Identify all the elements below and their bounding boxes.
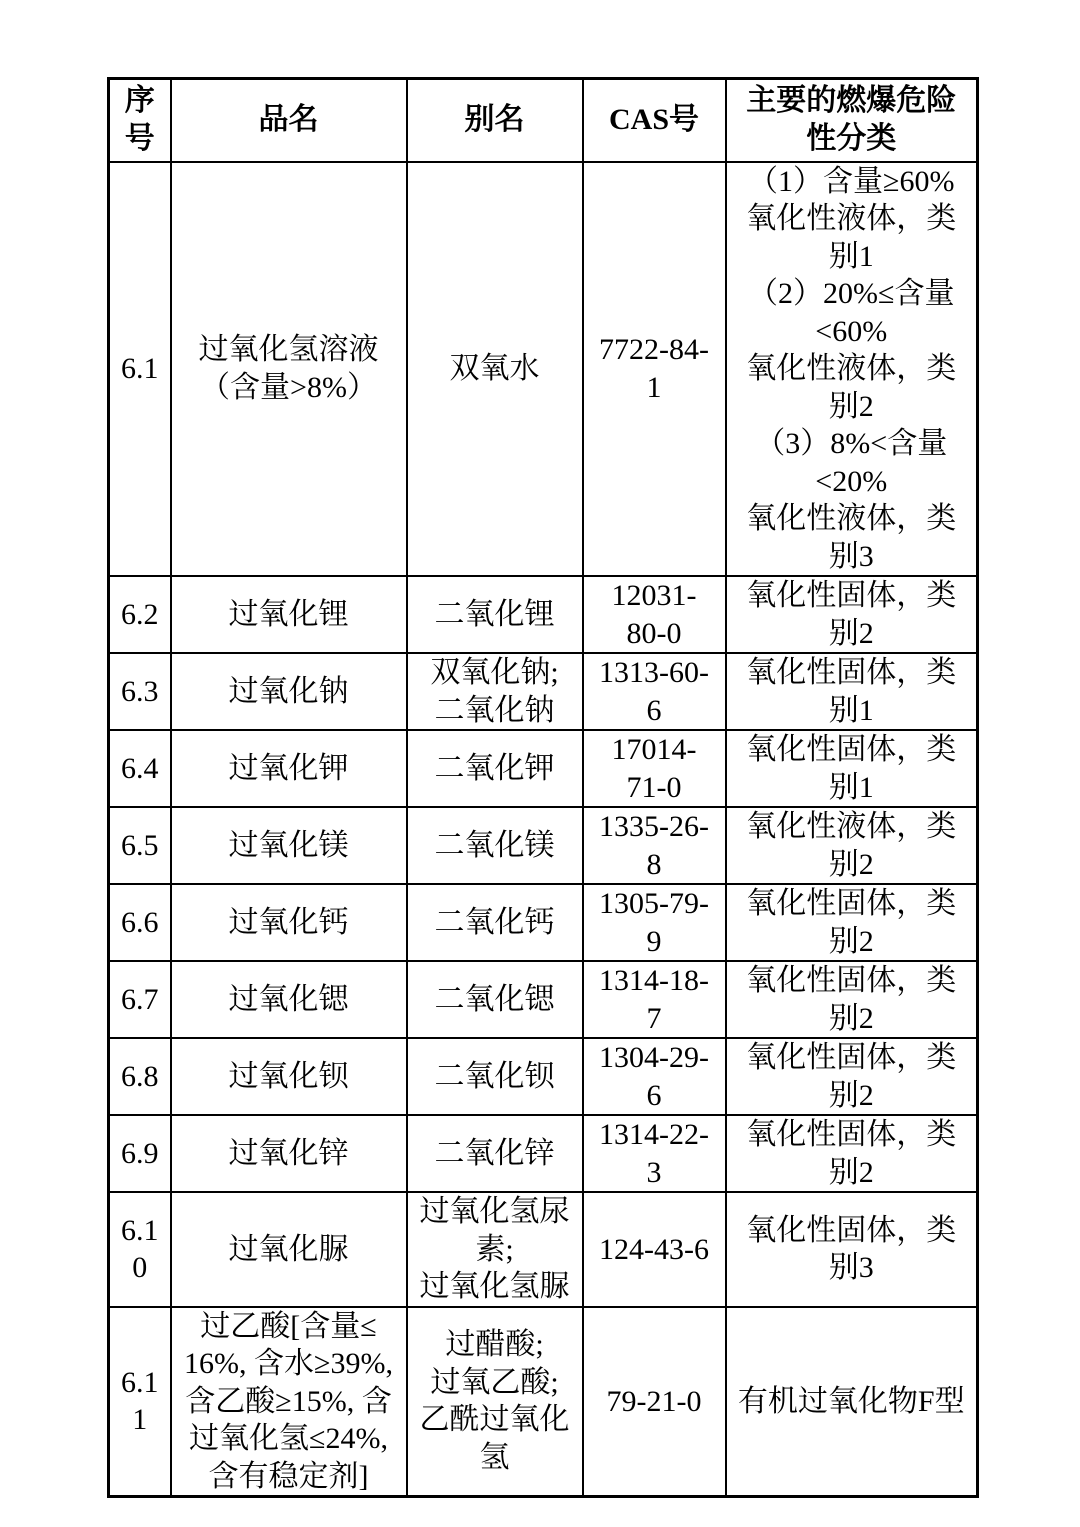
header-cas: CAS号 [583, 79, 726, 162]
name-cell: 过氧化氢溶液 （含量>8%） [171, 162, 407, 577]
hazard-cell: 氧化性液体，类 别2 [726, 807, 978, 884]
cas-cell: 1305-79- 9 [583, 884, 726, 961]
alias-cell: 二氧化钾 [407, 730, 583, 807]
hazard-cell: （1）含量≥60% 氧化性液体，类 别1 （2）20%≤含量 <60% 氧化性液… [726, 162, 978, 577]
alias-cell: 双氧化钠; 二氧化钠 [407, 653, 583, 730]
cas-cell: 1304-29- 6 [583, 1038, 726, 1115]
alias-cell: 二氧化钡 [407, 1038, 583, 1115]
header-serial: 序 号 [109, 79, 171, 162]
table-row: 6.8 过氧化钡 二氧化钡 1304-29- 6 氧化性固体，类 别2 [109, 1038, 978, 1115]
alias-cell: 二氧化镁 [407, 807, 583, 884]
serial-cell: 6.7 [109, 961, 171, 1038]
hazard-cell: 氧化性固体，类 别2 [726, 576, 978, 653]
serial-cell: 6.1 0 [109, 1192, 171, 1307]
table-row: 6.3 过氧化钠 双氧化钠; 二氧化钠 1313-60- 6 氧化性固体，类 别… [109, 653, 978, 730]
alias-cell: 过氧化氢尿 素; 过氧化氢脲 [407, 1192, 583, 1307]
serial-cell: 6.2 [109, 576, 171, 653]
serial-cell: 6.4 [109, 730, 171, 807]
hazard-cell: 有机过氧化物F型 [726, 1307, 978, 1497]
header-alias: 别名 [407, 79, 583, 162]
cas-cell: 1314-22- 3 [583, 1115, 726, 1192]
alias-cell: 二氧化锶 [407, 961, 583, 1038]
name-cell: 过氧化镁 [171, 807, 407, 884]
hazard-cell: 氧化性固体，类 别2 [726, 1038, 978, 1115]
table-row: 6.2 过氧化锂 二氧化锂 12031- 80-0 氧化性固体，类 别2 [109, 576, 978, 653]
name-cell: 过氧化锂 [171, 576, 407, 653]
name-cell: 过氧化钾 [171, 730, 407, 807]
serial-cell: 6.1 [109, 162, 171, 577]
serial-cell: 6.8 [109, 1038, 171, 1115]
cas-cell: 1335-26- 8 [583, 807, 726, 884]
cas-cell: 1314-18- 7 [583, 961, 726, 1038]
cas-cell: 17014- 71-0 [583, 730, 726, 807]
cas-cell: 79-21-0 [583, 1307, 726, 1497]
name-cell: 过氧化锌 [171, 1115, 407, 1192]
alias-cell: 二氧化钙 [407, 884, 583, 961]
header-product-name: 品名 [171, 79, 407, 162]
alias-cell: 双氧水 [407, 162, 583, 577]
serial-cell: 6.1 1 [109, 1307, 171, 1497]
hazard-cell: 氧化性固体，类 别2 [726, 1115, 978, 1192]
serial-cell: 6.5 [109, 807, 171, 884]
name-cell: 过氧化钙 [171, 884, 407, 961]
table-row: 6.1 0 过氧化脲 过氧化氢尿 素; 过氧化氢脲 124-43-6 氧化性固体… [109, 1192, 978, 1307]
table-header-row: 序 号 品名 别名 CAS号 主要的燃爆危险 性分类 [109, 79, 978, 162]
table-row: 6.7 过氧化锶 二氧化锶 1314-18- 7 氧化性固体，类 别2 [109, 961, 978, 1038]
serial-cell: 6.9 [109, 1115, 171, 1192]
table-row: 6.1 过氧化氢溶液 （含量>8%） 双氧水 7722-84- 1 （1）含量≥… [109, 162, 978, 577]
cas-cell: 7722-84- 1 [583, 162, 726, 577]
cas-cell: 124-43-6 [583, 1192, 726, 1307]
name-cell: 过氧化钠 [171, 653, 407, 730]
cas-cell: 12031- 80-0 [583, 576, 726, 653]
name-cell: 过氧化锶 [171, 961, 407, 1038]
alias-cell: 二氧化锌 [407, 1115, 583, 1192]
cas-cell: 1313-60- 6 [583, 653, 726, 730]
table-row: 6.6 过氧化钙 二氧化钙 1305-79- 9 氧化性固体，类 别2 [109, 884, 978, 961]
table-row: 6.5 过氧化镁 二氧化镁 1335-26- 8 氧化性液体，类 别2 [109, 807, 978, 884]
hazard-chemicals-table: 序 号 品名 别名 CAS号 主要的燃爆危险 性分类 6.1 过氧化氢溶液 （含… [107, 77, 979, 1498]
alias-cell: 过醋酸; 过氧乙酸; 乙酰过氧化 氢 [407, 1307, 583, 1497]
hazard-cell: 氧化性固体，类 别2 [726, 961, 978, 1038]
name-cell: 过乙酸[含量≤ 16%, 含水≥39%, 含乙酸≥15%, 含 过氧化氢≤24%… [171, 1307, 407, 1497]
table-row: 6.1 1 过乙酸[含量≤ 16%, 含水≥39%, 含乙酸≥15%, 含 过氧… [109, 1307, 978, 1497]
table-row: 6.9 过氧化锌 二氧化锌 1314-22- 3 氧化性固体，类 别2 [109, 1115, 978, 1192]
hazard-cell: 氧化性固体，类 别2 [726, 884, 978, 961]
serial-cell: 6.6 [109, 884, 171, 961]
header-hazard-class: 主要的燃爆危险 性分类 [726, 79, 978, 162]
serial-cell: 6.3 [109, 653, 171, 730]
hazard-cell: 氧化性固体，类 别3 [726, 1192, 978, 1307]
hazard-cell: 氧化性固体，类 别1 [726, 730, 978, 807]
document-page: 序 号 品名 别名 CAS号 主要的燃爆危险 性分类 6.1 过氧化氢溶液 （含… [0, 0, 1080, 1527]
alias-cell: 二氧化锂 [407, 576, 583, 653]
hazard-cell: 氧化性固体，类 别1 [726, 653, 978, 730]
name-cell: 过氧化脲 [171, 1192, 407, 1307]
name-cell: 过氧化钡 [171, 1038, 407, 1115]
table-row: 6.4 过氧化钾 二氧化钾 17014- 71-0 氧化性固体，类 别1 [109, 730, 978, 807]
